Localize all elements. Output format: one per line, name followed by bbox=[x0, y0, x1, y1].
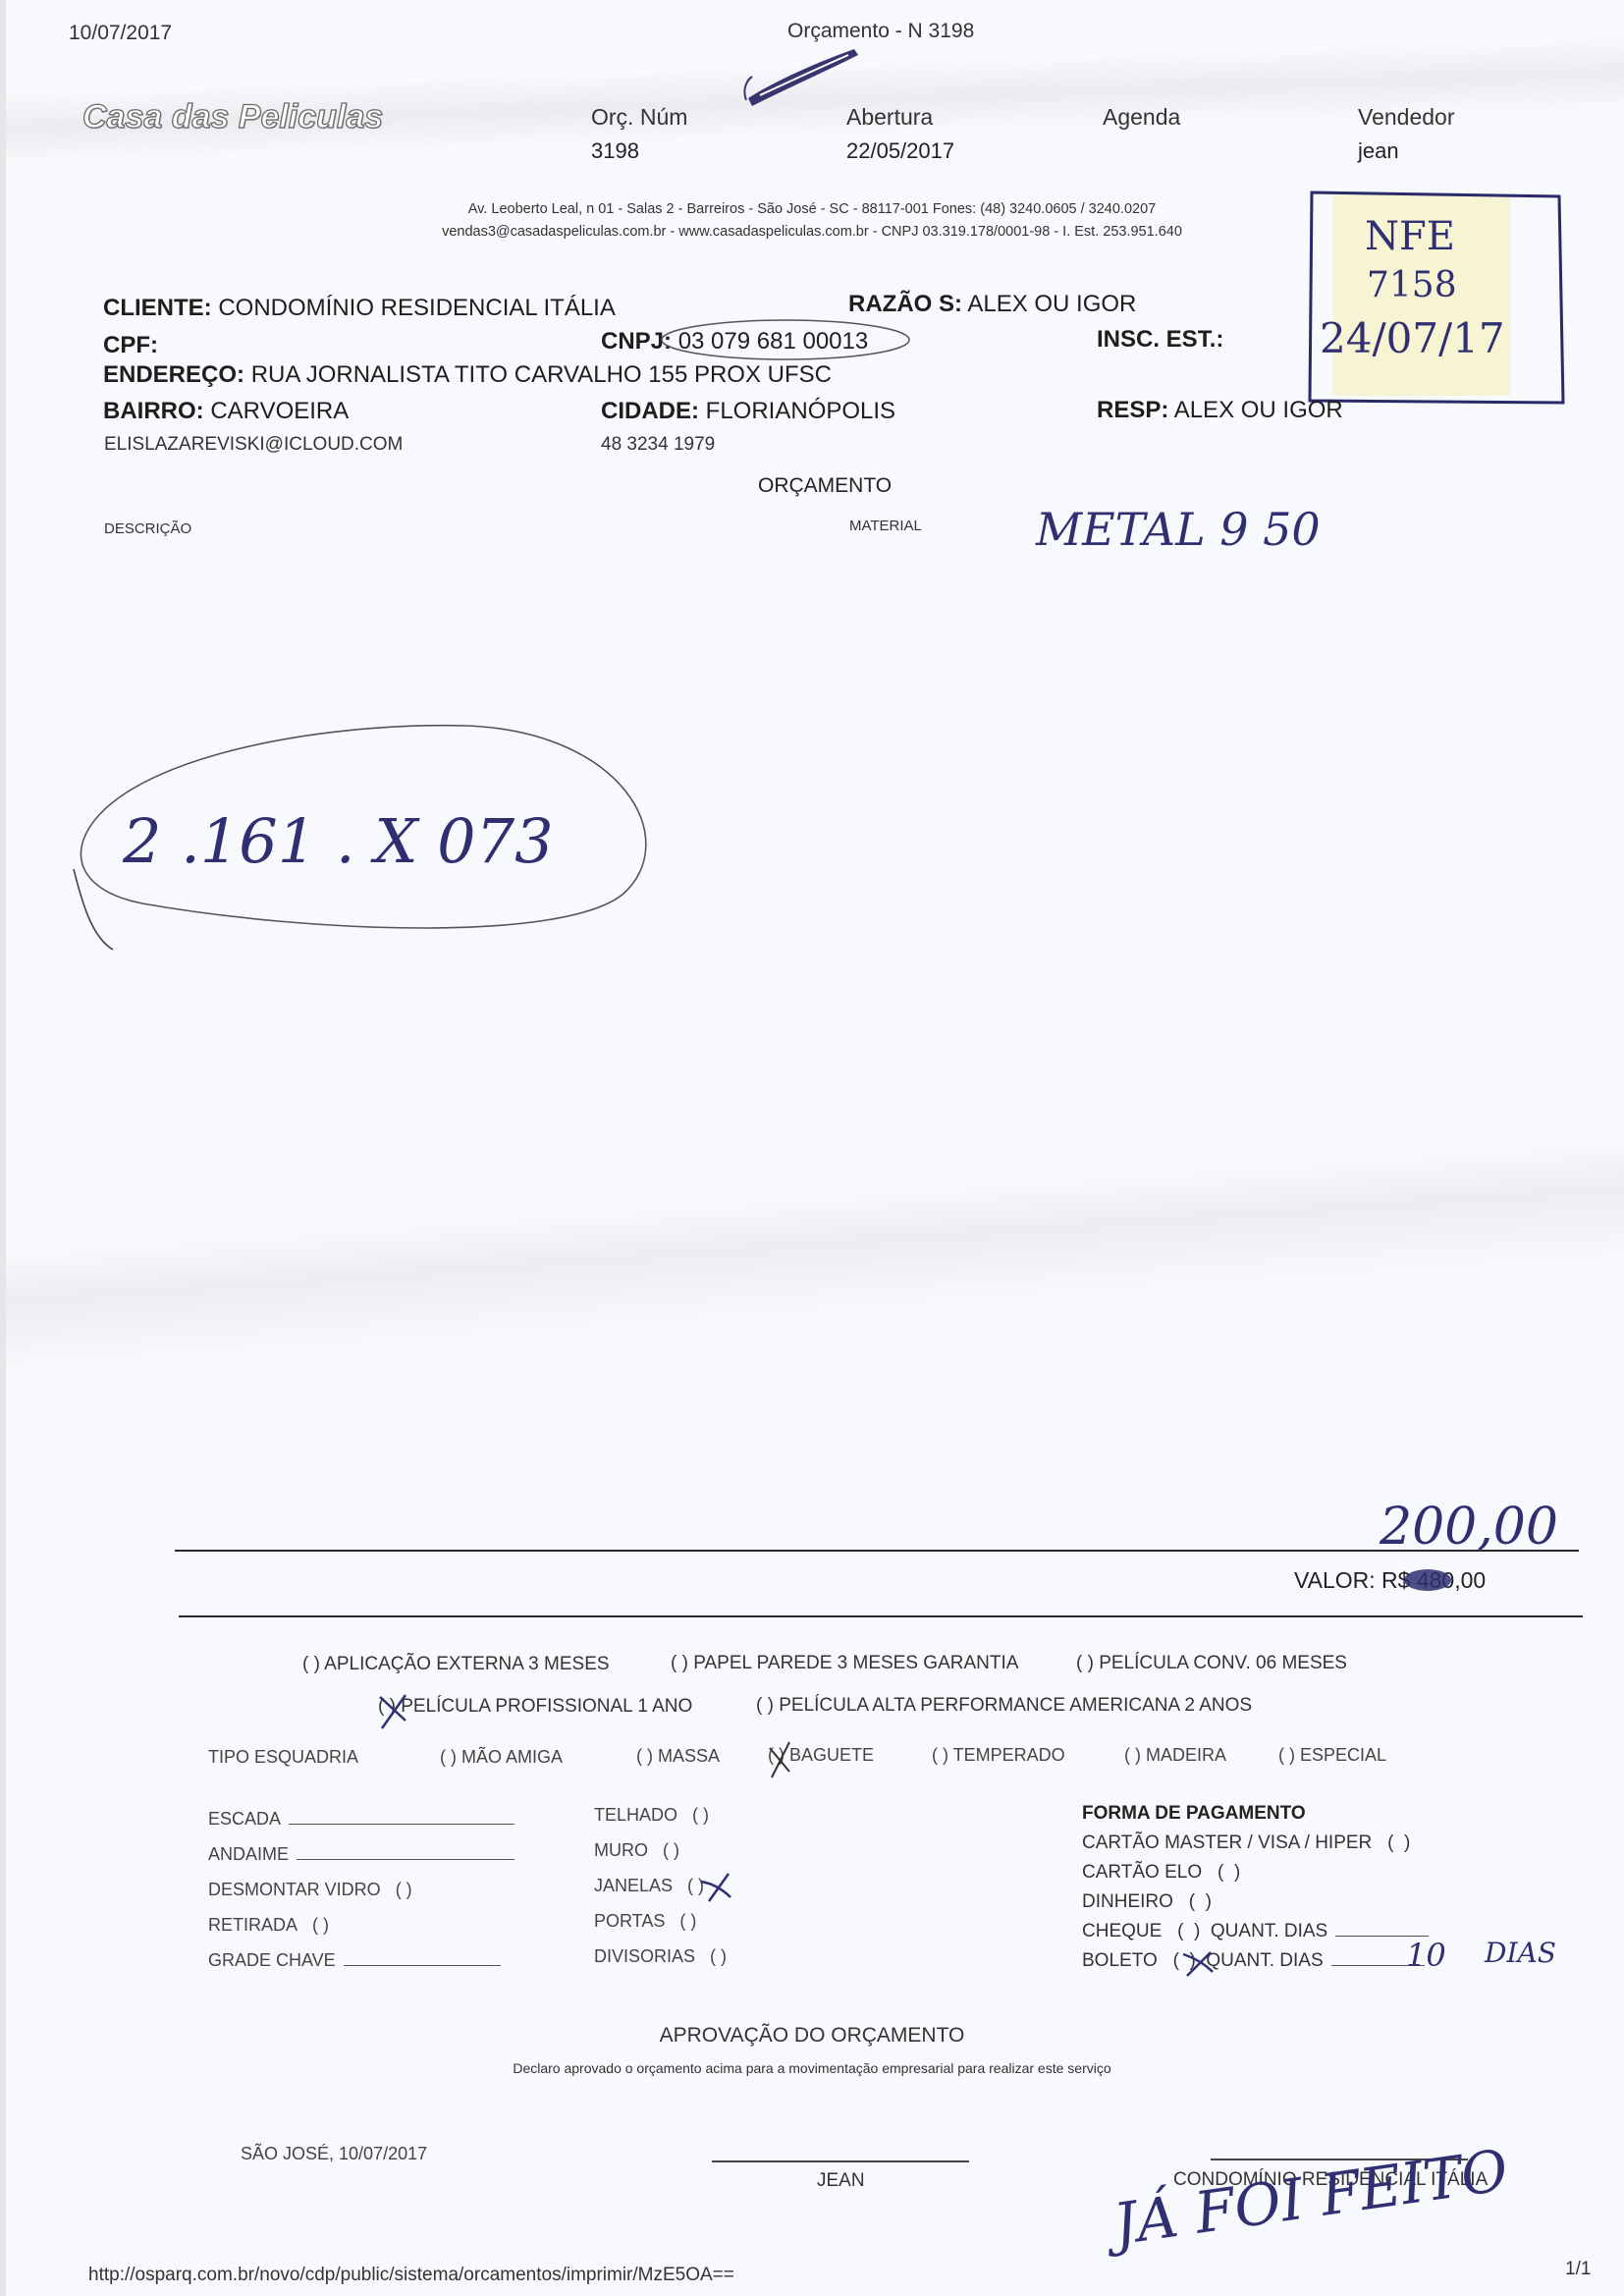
resp-value: ALEX OU IGOR bbox=[1174, 397, 1343, 423]
cpf-field: CPF: bbox=[103, 332, 158, 359]
handwritten-boleto-days: 10 bbox=[1406, 1937, 1446, 1974]
valor-scribble-mark bbox=[1402, 1565, 1461, 1595]
check-x-mark-icon bbox=[1181, 1948, 1215, 1978]
endereco-label: ENDEREÇO: bbox=[103, 361, 244, 388]
svc-portas[interactable]: PORTAS ( ) bbox=[594, 1911, 696, 1932]
svc-desmontar-vidro[interactable]: DESMONTAR VIDRO ( ) bbox=[208, 1880, 412, 1900]
nfe-note: NFE 7158 24/07/17 bbox=[1306, 185, 1581, 410]
resp-field: RESP: ALEX OU IGOR bbox=[1097, 397, 1343, 424]
pay-cheque[interactable]: CHEQUE ( ) QUANT. DIAS bbox=[1082, 1921, 1429, 1942]
client-email: ELISLAZAREVISKI@ICLOUD.COM bbox=[104, 434, 403, 456]
cliente-value: CONDOMÍNIO RESIDENCIAL ITÁLIA bbox=[218, 295, 616, 321]
vendedor-value: jean bbox=[1358, 138, 1399, 164]
svc-label: DIVISORIAS bbox=[594, 1946, 695, 1966]
endereco-value: RUA JORNALISTA TITO CARVALHO 155 PROX UF… bbox=[251, 361, 832, 388]
svc-andaime[interactable]: ANDAIME bbox=[208, 1844, 514, 1865]
pay-cartao-elo[interactable]: CARTÃO ELO ( ) bbox=[1082, 1862, 1240, 1884]
svc-label: RETIRADA bbox=[208, 1915, 298, 1935]
check-x-mark-icon bbox=[699, 1872, 734, 1905]
handwritten-material: METAL 9 50 bbox=[1036, 503, 1321, 556]
footer-url[interactable]: http://osparq.com.br/novo/cdp/public/sis… bbox=[88, 2265, 734, 2286]
handwritten-measurement: 2 .161 . X 073 bbox=[123, 805, 554, 877]
seller-signature-line bbox=[712, 2160, 969, 2162]
svc-escada[interactable]: ESCADA bbox=[208, 1809, 514, 1830]
svc-label: ESCADA bbox=[208, 1809, 281, 1829]
cliente-label: CLIENTE: bbox=[103, 295, 212, 321]
seller-signer-name: JEAN bbox=[817, 2170, 865, 2192]
pen-scribble-icon bbox=[738, 41, 866, 110]
insc-est-label: INSC. EST.: bbox=[1097, 326, 1223, 353]
pay-dinheiro[interactable]: DINHEIRO ( ) bbox=[1082, 1891, 1212, 1913]
cidade-field: CIDADE: FLORIANÓPOLIS bbox=[601, 398, 895, 425]
valor-label: VALOR: R$ bbox=[1294, 1567, 1410, 1593]
svc-label: GRADE CHAVE bbox=[208, 1950, 336, 1970]
agenda-label: Agenda bbox=[1103, 104, 1180, 131]
esq-madeira[interactable]: ( ) MADEIRA bbox=[1124, 1745, 1226, 1766]
opt-aplicacao-externa[interactable]: ( ) APLICAÇÃO EXTERNA 3 MESES bbox=[302, 1654, 610, 1675]
page-number: 1/1 bbox=[1565, 2259, 1591, 2280]
nfe-number: 7158 bbox=[1367, 265, 1457, 305]
payment-title: FORMA DE PAGAMENTO bbox=[1082, 1803, 1306, 1825]
bairro-field: BAIRRO: CARVOEIRA bbox=[103, 398, 349, 425]
esq-temperado[interactable]: ( ) TEMPERADO bbox=[932, 1745, 1065, 1766]
opt-label: MÃO AMIGA bbox=[461, 1747, 563, 1767]
check-x-mark-icon bbox=[376, 1691, 411, 1730]
pay-cartao-master[interactable]: CARTÃO MASTER / VISA / HIPER ( ) bbox=[1082, 1832, 1410, 1854]
orc-num-label: Orç. Núm bbox=[591, 104, 687, 131]
abertura-label: Abertura bbox=[846, 104, 933, 131]
handwritten-valor: 200,00 bbox=[1380, 1498, 1558, 1557]
pay-label: CARTÃO ELO bbox=[1082, 1862, 1202, 1883]
handwritten-done-note: JÁ FOI FEITO bbox=[1110, 2137, 1512, 2259]
opt-label: PELÍCULA CONV. 06 MESES bbox=[1099, 1653, 1347, 1673]
scan-edge bbox=[0, 0, 6, 2296]
print-date: 10/07/2017 bbox=[69, 22, 172, 45]
cnpj-circle-mark bbox=[660, 316, 915, 365]
opt-pelicula-conv[interactable]: ( ) PELÍCULA CONV. 06 MESES bbox=[1076, 1653, 1347, 1674]
razao-value: ALEX OU IGOR bbox=[967, 291, 1136, 317]
opt-label: MADEIRA bbox=[1146, 1745, 1226, 1765]
pay-label: BOLETO bbox=[1082, 1950, 1158, 1971]
pay-days-label: QUANT. DIAS bbox=[1206, 1950, 1323, 1971]
tipo-esquadria-label: TIPO ESQUADRIA bbox=[208, 1747, 358, 1768]
material-label: MATERIAL bbox=[849, 518, 922, 534]
pay-label: CHEQUE bbox=[1082, 1921, 1162, 1941]
cidade-label: CIDADE: bbox=[601, 398, 699, 424]
approval-place-date: SÃO JOSÉ, 10/07/2017 bbox=[241, 2144, 427, 2164]
pay-days-label: QUANT. DIAS bbox=[1211, 1921, 1327, 1941]
opt-label: PELÍCULA PROFISSIONAL 1 ANO bbox=[401, 1696, 692, 1717]
vendedor-label: Vendedor bbox=[1358, 104, 1454, 131]
nfe-label: NFE bbox=[1365, 214, 1455, 259]
check-x-mark-icon bbox=[766, 1738, 795, 1779]
svc-label: DESMONTAR VIDRO bbox=[208, 1880, 381, 1899]
resp-label: RESP: bbox=[1097, 397, 1168, 423]
svc-muro[interactable]: MURO ( ) bbox=[594, 1840, 679, 1861]
esq-especial[interactable]: ( ) ESPECIAL bbox=[1278, 1745, 1386, 1766]
razao-field: RAZÃO S: ALEX OU IGOR bbox=[848, 291, 1136, 318]
cliente-field: CLIENTE: CONDOMÍNIO RESIDENCIAL ITÁLIA bbox=[103, 295, 616, 322]
svc-janelas[interactable]: JANELAS ( ) bbox=[594, 1876, 704, 1896]
opt-label: BAGUETE bbox=[789, 1745, 874, 1765]
svc-label: MURO bbox=[594, 1840, 648, 1860]
opt-label: TEMPERADO bbox=[953, 1745, 1065, 1765]
document-title: Orçamento - N 3198 bbox=[787, 20, 974, 43]
company-logo: Casa das Peliculas bbox=[82, 98, 383, 137]
opt-label: MASSA bbox=[658, 1746, 720, 1766]
approval-text: Declaro aprovado o orçamento acima para … bbox=[0, 2060, 1624, 2076]
opt-pelicula-alta-performance[interactable]: ( ) PELÍCULA ALTA PERFORMANCE AMERICANA … bbox=[756, 1695, 1252, 1717]
opt-papel-parede[interactable]: ( ) PAPEL PAREDE 3 MESES GARANTIA bbox=[671, 1653, 1018, 1674]
bairro-value: CARVOEIRA bbox=[210, 398, 349, 424]
endereco-field: ENDEREÇO: RUA JORNALISTA TITO CARVALHO 1… bbox=[103, 361, 832, 389]
esq-massa[interactable]: ( ) MASSA bbox=[636, 1746, 720, 1767]
handwritten-dias: DIAS bbox=[1485, 1937, 1556, 1969]
opt-label: APLICAÇÃO EXTERNA 3 MESES bbox=[324, 1654, 609, 1674]
client-phone: 48 3234 1979 bbox=[601, 434, 715, 456]
opt-label: PELÍCULA ALTA PERFORMANCE AMERICANA 2 AN… bbox=[779, 1695, 1252, 1716]
insc-est-field: INSC. EST.: bbox=[1097, 326, 1223, 354]
svc-retirada[interactable]: RETIRADA ( ) bbox=[208, 1915, 329, 1936]
abertura-value: 22/05/2017 bbox=[846, 138, 954, 164]
esq-mao-amiga[interactable]: ( ) MÃO AMIGA bbox=[440, 1747, 563, 1768]
orc-num-value: 3198 bbox=[591, 138, 639, 164]
razao-label: RAZÃO S: bbox=[848, 291, 962, 317]
svc-label: JANELAS bbox=[594, 1876, 673, 1895]
valor-top-rule bbox=[175, 1550, 1579, 1552]
pay-boleto[interactable]: BOLETO ( ) QUANT. DIAS bbox=[1082, 1950, 1425, 1972]
approval-title: APROVAÇÃO DO ORÇAMENTO bbox=[0, 2024, 1624, 2048]
cidade-value: FLORIANÓPOLIS bbox=[706, 398, 895, 424]
bairro-label: BAIRRO: bbox=[103, 398, 204, 424]
svc-divisorias[interactable]: DIVISORIAS ( ) bbox=[594, 1946, 727, 1967]
cpf-label: CPF: bbox=[103, 332, 158, 358]
nfe-date: 24/07/17 bbox=[1320, 314, 1505, 362]
svc-telhado[interactable]: TELHADO ( ) bbox=[594, 1805, 709, 1826]
budget-section-title: ORÇAMENTO bbox=[758, 474, 892, 498]
opt-label: PAPEL PAREDE 3 MESES GARANTIA bbox=[693, 1653, 1018, 1673]
descricao-label: DESCRIÇÃO bbox=[104, 520, 191, 537]
svc-label: TELHADO bbox=[594, 1805, 677, 1825]
opt-pelicula-profissional[interactable]: ( ) PELÍCULA PROFISSIONAL 1 ANO bbox=[378, 1696, 692, 1718]
svc-grade-chave[interactable]: GRADE CHAVE bbox=[208, 1950, 501, 1971]
pay-label: DINHEIRO bbox=[1082, 1891, 1173, 1912]
valor-bottom-rule bbox=[179, 1615, 1583, 1617]
svc-label: PORTAS bbox=[594, 1911, 665, 1931]
pay-label: CARTÃO MASTER / VISA / HIPER bbox=[1082, 1832, 1372, 1853]
svc-label: ANDAIME bbox=[208, 1844, 289, 1864]
opt-label: ESPECIAL bbox=[1300, 1745, 1386, 1765]
